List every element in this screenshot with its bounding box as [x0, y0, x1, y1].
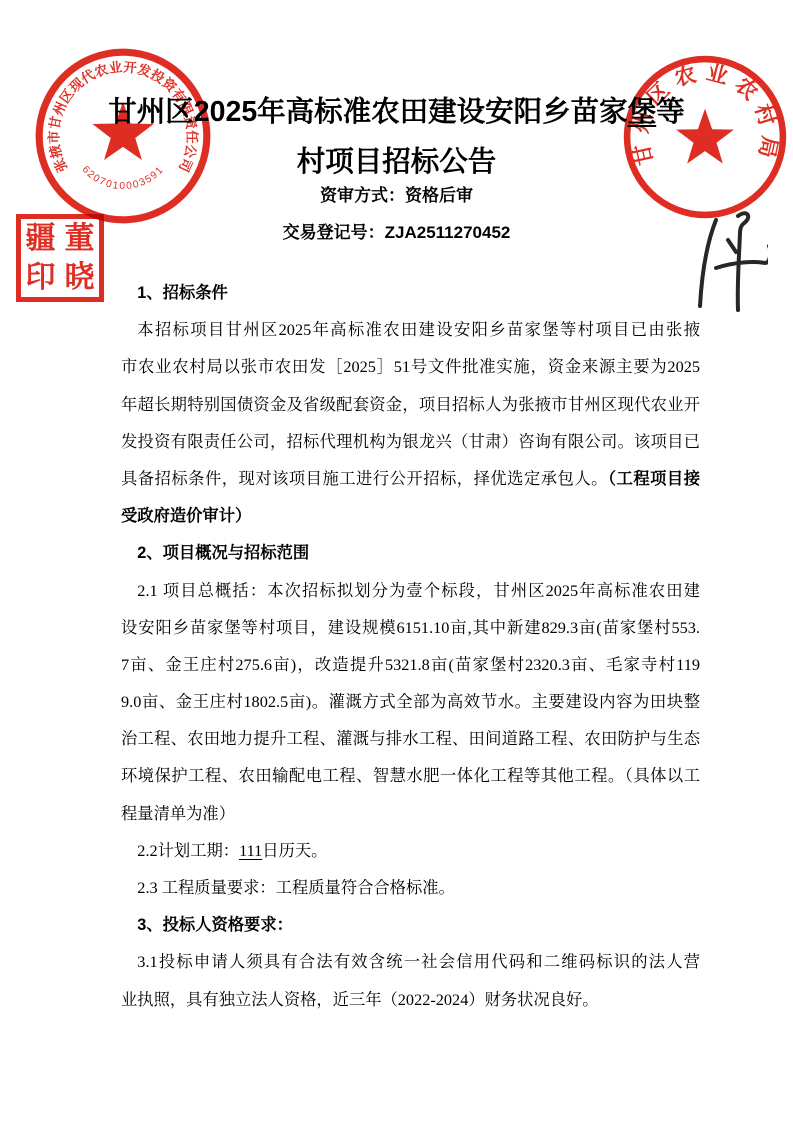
- body-line: 本招标项目甘州区2025年高标准农田建设安阳乡苗家堡等村项目已由张掖: [121, 311, 700, 348]
- body-line: 2.2计划工期：111日历天。: [121, 832, 700, 869]
- body-line: 3.1投标申请人须具有合法有效含统一社会信用代码和二维码标识的法人营: [121, 943, 700, 980]
- document-title: 甘州区2025年高标准农田建设安阳乡苗家堡等 村项目招标公告: [0, 87, 793, 187]
- text-run: 2.2计划工期：: [137, 841, 239, 860]
- body-line: 具备招标条件，现对该项目施工进行公开招标，择优选定承包人。（工程项目接: [121, 460, 700, 497]
- body-line: 环境保护工程、农田输配电工程、智慧水肥一体化工程等其他工程。（具体以工: [121, 757, 700, 794]
- seal-char-bottom-left: 印: [26, 263, 56, 293]
- body-line: 1、招标条件: [121, 274, 700, 311]
- text-run: 7亩、金王庄村275.6亩)，改造提升5321.8亩(苗家堡村2320.3亩、毛…: [121, 655, 700, 674]
- text-run: 2.3 工程质量要求：工程质量符合合格标准。: [137, 878, 455, 897]
- body-line: 发投资有限责任公司，招标代理机构为银龙兴（甘肃）咨询有限公司。该项目已: [121, 423, 700, 460]
- text-run: 等: [656, 96, 685, 128]
- body-line: 设安阳乡苗家堡等村项目，建设规模6151.10亩,其中新建829.3亩(苗家堡村…: [121, 609, 700, 646]
- document-page: 甘州区2025年高标准农田建设安阳乡苗家堡等 村项目招标公告 资审方式：资格后审…: [0, 0, 793, 1122]
- text-run: 设安阳乡苗家堡等村项目，建设规模6151.10亩,其中新建829.3亩(苗家堡村…: [121, 618, 700, 637]
- title-line-1: 甘州区2025年高标准农田建设安阳乡苗家堡等: [0, 87, 793, 137]
- text-run: 受政府造价审计）: [121, 507, 251, 525]
- body-line: 3、投标人资格要求：: [121, 906, 700, 943]
- title-line-2: 村项目招标公告: [0, 137, 793, 187]
- text-run: 堡: [628, 96, 657, 128]
- text-run: 111: [239, 841, 262, 860]
- text-run: 3、投标人资格要求：: [137, 916, 293, 934]
- text-run: （工程项目接: [608, 470, 700, 488]
- text-run: 环境保护工程、农田输配电工程、智慧水肥一体化工程等其他工程。（具体以工: [121, 766, 700, 785]
- body-line: 市农业农村局以张市农田发［2025］51号文件批准实施，资金来源主要为2025: [121, 348, 700, 385]
- text-run: 年超长期特别国债资金及省级配套资金，项目招标人为张掖市甘州区现代农业开: [121, 395, 700, 414]
- text-run: 市农业农村局以张市农田发［2025］51号文件批准实施，资金来源主要为2025: [121, 357, 700, 376]
- seal-char-bottom-right: 晓: [65, 263, 95, 293]
- text-run: 具备招标条件，现对该项目施工进行公开招标，择优选定承包人。: [121, 469, 608, 488]
- transaction-registration-line: 交易登记号：ZJA2511270452: [0, 221, 793, 245]
- text-run: 1、招标条件: [137, 284, 227, 302]
- text-run: 3.1投标申请人须具有合法有效含统一社会信用代码和二维码标识的法人营: [137, 952, 700, 971]
- body-line: 治工程、农田地力提升工程、灌溉与排水工程、田间道路工程、农田防护与生态: [121, 720, 700, 757]
- text-run: 日历天。: [262, 841, 327, 860]
- text-run: 发投资有限责任公司，招标代理机构为银龙兴（甘肃）咨询有限公司。该项目已: [121, 432, 700, 451]
- body-line: 2.3 工程质量要求：工程质量符合合格标准。: [121, 869, 700, 906]
- text-run: 9.0亩、金王庄村1802.5亩)。灌溉方式全部为高效节水。主要建设内容为田块整: [121, 692, 700, 711]
- body-line: 年超长期特别国债资金及省级配套资金，项目招标人为张掖市甘州区现代农业开: [121, 386, 700, 423]
- text-run: 业执照，具有独立法人资格，近三年（2022-2024）财务状况良好。: [121, 990, 599, 1009]
- body-line: 受政府造价审计）: [121, 497, 700, 534]
- body-line: 9.0亩、金王庄村1802.5亩)。灌溉方式全部为高效节水。主要建设内容为田块整: [121, 683, 700, 720]
- body-line: 业执照，具有独立法人资格，近三年（2022-2024）财务状况良好。: [121, 981, 700, 1018]
- text-run: 程量清单为准）: [121, 804, 235, 823]
- body-line: 7亩、金王庄村275.6亩)，改造提升5321.8亩(苗家堡村2320.3亩、毛…: [121, 646, 700, 683]
- body-line: 程量清单为准）: [121, 795, 700, 832]
- body-line: 2、项目概况与招标范围: [121, 534, 700, 571]
- text-run: 2、项目概况与招标范围: [137, 544, 309, 562]
- text-run: 治工程、农田地力提升工程、灌溉与排水工程、田间道路工程、农田防护与生态: [121, 729, 700, 748]
- text-run: 甘州区2025年高标准农田建设安阳乡苗家: [108, 96, 627, 128]
- text-run: 村项目招标公告: [297, 146, 497, 178]
- text-run: 本招标项目甘州区2025年高标准农田建设安阳乡苗家堡等村项目已由张掖: [137, 320, 700, 339]
- body-line: 2.1 项目总概括：本次招标拟划分为壹个标段，甘州区2025年高标准农田建: [121, 572, 700, 609]
- document-body: 1、招标条件本招标项目甘州区2025年高标准农田建设安阳乡苗家堡等村项目已由张掖…: [121, 274, 700, 1018]
- review-method-line: 资审方式：资格后审: [0, 184, 793, 208]
- text-run: 2.1 项目总概括：本次招标拟划分为壹个标段，甘州区2025年高标准农田建: [137, 581, 700, 600]
